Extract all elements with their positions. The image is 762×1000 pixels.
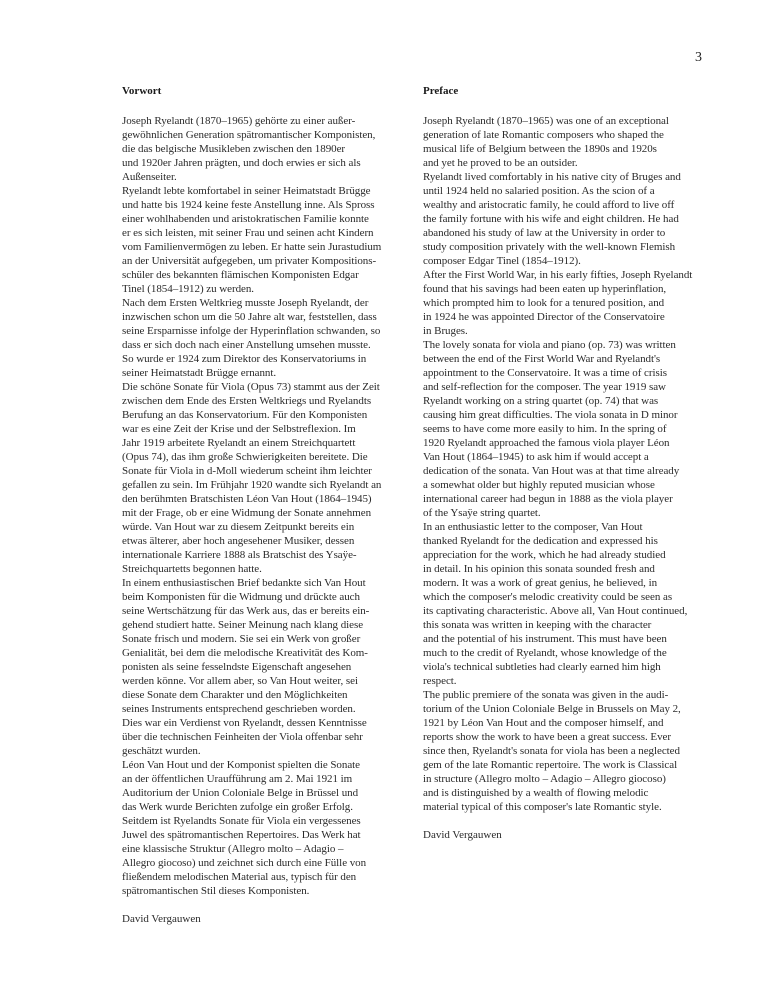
text-line: In einem enthusiastischen Brief bedankte… — [122, 576, 412, 590]
text-line: in Bruges. — [423, 324, 723, 338]
text-line: fließendem melodischen Material aus, typ… — [122, 870, 412, 884]
text-line: werden könne. Vor allem aber, so Van Hou… — [122, 674, 412, 688]
text-line: beim Komponisten für die Widmung und drü… — [122, 590, 412, 604]
text-line: in structure (Allegro molto – Adagio – A… — [423, 772, 723, 786]
text-line: war es eine Zeit der Krise und der Selbs… — [122, 422, 412, 436]
text-line: Seitdem ist Ryelandts Sonate für Viola e… — [122, 814, 412, 828]
text-line: generation of late Romantic composers wh… — [423, 128, 723, 142]
text-line: Tinel (1854–1912) zu werden. — [122, 282, 412, 296]
german-heading: Vorwort — [122, 84, 412, 98]
text-line: musical life of Belgium between the 1890… — [423, 142, 723, 156]
text-line: between the end of the First World War a… — [423, 352, 723, 366]
text-line: Genialität, bei dem die melodische Kreat… — [122, 646, 412, 660]
text-line: gewöhnlichen Generation spätromantischer… — [122, 128, 412, 142]
text-line: Ryelandt working on a string quartet (op… — [423, 394, 723, 408]
text-line: So wurde er 1924 zum Direktor des Konser… — [122, 352, 412, 366]
text-line: seiner Heimatstadt Brügge ernannt. — [122, 366, 412, 380]
text-line: Sonate für Viola in d-Moll wiederum sche… — [122, 464, 412, 478]
text-line: Joseph Ryelandt (1870–1965) gehörte zu e… — [122, 114, 412, 128]
page-number: 3 — [695, 50, 702, 66]
text-line: dass er sich doch nach einer Anstellung … — [122, 338, 412, 352]
text-line: in 1924 he was appointed Director of the… — [423, 310, 723, 324]
text-line: its captivating characteristic. Above al… — [423, 604, 723, 618]
text-line: study composition privately with the wel… — [423, 240, 723, 254]
text-line: würde. Van Hout war zu diesem Zeitpunkt … — [122, 520, 412, 534]
text-line: mit der Frage, ob er eine Widmung der So… — [122, 506, 412, 520]
text-line: appointment to the Conservatoire. It was… — [423, 366, 723, 380]
text-line: schüler des bekannten flämischen Komponi… — [122, 268, 412, 282]
text-line: composer Edgar Tinel (1854–1912). — [423, 254, 723, 268]
german-body: Joseph Ryelandt (1870–1965) gehörte zu e… — [122, 114, 412, 898]
text-line: vom Familienvermögen zu leben. Er hatte … — [122, 240, 412, 254]
text-line: which prompted him to look for a tenured… — [423, 296, 723, 310]
text-line: Joseph Ryelandt (1870–1965) was one of a… — [423, 114, 723, 128]
text-line: material typical of this composer's late… — [423, 800, 723, 814]
text-line: this sonata was written in keeping with … — [423, 618, 723, 632]
text-line: respect. — [423, 674, 723, 688]
text-line: and the potential of his instrument. Thi… — [423, 632, 723, 646]
text-line: Berufung an das Konservatorium. Für den … — [122, 408, 412, 422]
text-line: appreciation for the work, which he had … — [423, 548, 723, 562]
text-line: causing him great difficulties. The viol… — [423, 408, 723, 422]
text-line: seems to have come more easily to him. I… — [423, 422, 723, 436]
text-line: seine Ersparnisse infolge der Hyperinfla… — [122, 324, 412, 338]
text-line: spätromantischen Stil dieses Komponisten… — [122, 884, 412, 898]
text-line: gefallen zu sein. Im Frühjahr 1920 wandt… — [122, 478, 412, 492]
text-line: Außenseiter. — [122, 170, 412, 184]
text-line: gem of the late Romantic repertoire. The… — [423, 758, 723, 772]
text-line: torium of the Union Coloniale Belge in B… — [423, 702, 723, 716]
text-line: wealthy and aristocratic family, he coul… — [423, 198, 723, 212]
text-line: Sonate frisch und modern. Sie sei ein We… — [122, 632, 412, 646]
text-line: viola's technical subtleties had clearly… — [423, 660, 723, 674]
english-heading: Preface — [423, 84, 723, 98]
text-line: an der öffentlichen Uraufführung am 2. M… — [122, 772, 412, 786]
text-line: und 1920er Jahren prägten, und doch erwi… — [122, 156, 412, 170]
text-line: Die schöne Sonate für Viola (Opus 73) st… — [122, 380, 412, 394]
text-line: Allegro giocoso) und zeichnet sich durch… — [122, 856, 412, 870]
text-line: (Opus 74), das ihm große Schwierigkeiten… — [122, 450, 412, 464]
text-line: Streichquartetts begonnen hatte. — [122, 562, 412, 576]
text-line: Ryelandt lebte komfortabel in seiner Hei… — [122, 184, 412, 198]
german-column: Vorwort Joseph Ryelandt (1870–1965) gehö… — [122, 84, 412, 926]
text-line: dedication of the sonata. Van Hout was a… — [423, 464, 723, 478]
text-line: and is distinguished by a wealth of flow… — [423, 786, 723, 800]
text-line: seines Instruments entsprechend geschrie… — [122, 702, 412, 716]
text-line: er es sich leisten, mit seiner Frau und … — [122, 226, 412, 240]
text-line: diese Sonate dem Charakter und den Mögli… — [122, 688, 412, 702]
text-line: since then, Ryelandt's sonata for viola … — [423, 744, 723, 758]
text-line: the family fortune with his wife and eig… — [423, 212, 723, 226]
text-line: much to the credit of Ryelandt, whose kn… — [423, 646, 723, 660]
text-line: an der Universität aufgegeben, um privat… — [122, 254, 412, 268]
text-line: einer wohlhabenden und aristokratischen … — [122, 212, 412, 226]
text-line: found that his savings had been eaten up… — [423, 282, 723, 296]
text-line: inzwischen schon um die 50 Jahre alt war… — [122, 310, 412, 324]
text-line: etwas älterer, aber hoch angesehener Mus… — [122, 534, 412, 548]
text-line: die das belgische Musikleben zwischen de… — [122, 142, 412, 156]
text-line: und hatte bis 1924 keine feste Anstellun… — [122, 198, 412, 212]
text-line: thanked Ryelandt for the dedication and … — [423, 534, 723, 548]
text-line: Van Hout (1864–1945) to ask him if would… — [423, 450, 723, 464]
text-line: das Werk wurde Berichten zufolge ein gro… — [122, 800, 412, 814]
text-line: The lovely sonata for viola and piano (o… — [423, 338, 723, 352]
english-body: Joseph Ryelandt (1870–1965) was one of a… — [423, 114, 723, 814]
text-line: until 1924 held no salaried position. As… — [423, 184, 723, 198]
text-line: 1920 Ryelandt approached the famous viol… — [423, 436, 723, 450]
text-line: Auditorium der Union Coloniale Belge in … — [122, 786, 412, 800]
text-line: den berühmten Bratschisten Léon Van Hout… — [122, 492, 412, 506]
english-column: Preface Joseph Ryelandt (1870–1965) was … — [423, 84, 723, 842]
text-line: über die technischen Feinheiten der Viol… — [122, 730, 412, 744]
text-line: in detail. In his opinion this sonata so… — [423, 562, 723, 576]
german-signature: David Vergauwen — [122, 912, 412, 926]
text-line: Ryelandt lived comfortably in his native… — [423, 170, 723, 184]
text-line: which the composer's melodic creativity … — [423, 590, 723, 604]
text-line: ponisten als seine fesselndste Eigenscha… — [122, 660, 412, 674]
text-line: of the Ysaÿe string quartet. — [423, 506, 723, 520]
text-line: and self-reflection for the composer. Th… — [423, 380, 723, 394]
text-line: Dies war ein Verdienst von Ryelandt, des… — [122, 716, 412, 730]
text-line: modern. It was a work of great genius, h… — [423, 576, 723, 590]
text-line: seine Wertschätzung für das Werk aus, da… — [122, 604, 412, 618]
text-line: Jahr 1919 arbeitete Ryelandt an einem St… — [122, 436, 412, 450]
text-line: geschätzt wurden. — [122, 744, 412, 758]
text-line: The public premiere of the sonata was gi… — [423, 688, 723, 702]
text-line: international career had begun in 1888 a… — [423, 492, 723, 506]
text-line: Léon Van Hout und der Komponist spielten… — [122, 758, 412, 772]
text-line: Juwel des spätromantischen Repertoires. … — [122, 828, 412, 842]
text-line: eine klassische Struktur (Allegro molto … — [122, 842, 412, 856]
text-line: and yet he proved to be an outsider. — [423, 156, 723, 170]
text-line: zwischen dem Ende des Ersten Weltkriegs … — [122, 394, 412, 408]
text-line: 1921 by Léon Van Hout and the composer h… — [423, 716, 723, 730]
text-line: In an enthusiastic letter to the compose… — [423, 520, 723, 534]
text-line: a somewhat older but highly reputed musi… — [423, 478, 723, 492]
text-line: reports show the work to have been a gre… — [423, 730, 723, 744]
text-line: gehend studiert hatte. Seiner Meinung na… — [122, 618, 412, 632]
english-signature: David Vergauwen — [423, 828, 723, 842]
text-line: internationale Karriere 1888 als Bratsch… — [122, 548, 412, 562]
text-line: abandoned his study of law at the Univer… — [423, 226, 723, 240]
text-line: Nach dem Ersten Weltkrieg musste Joseph … — [122, 296, 412, 310]
text-line: After the First World War, in his early … — [423, 268, 723, 282]
